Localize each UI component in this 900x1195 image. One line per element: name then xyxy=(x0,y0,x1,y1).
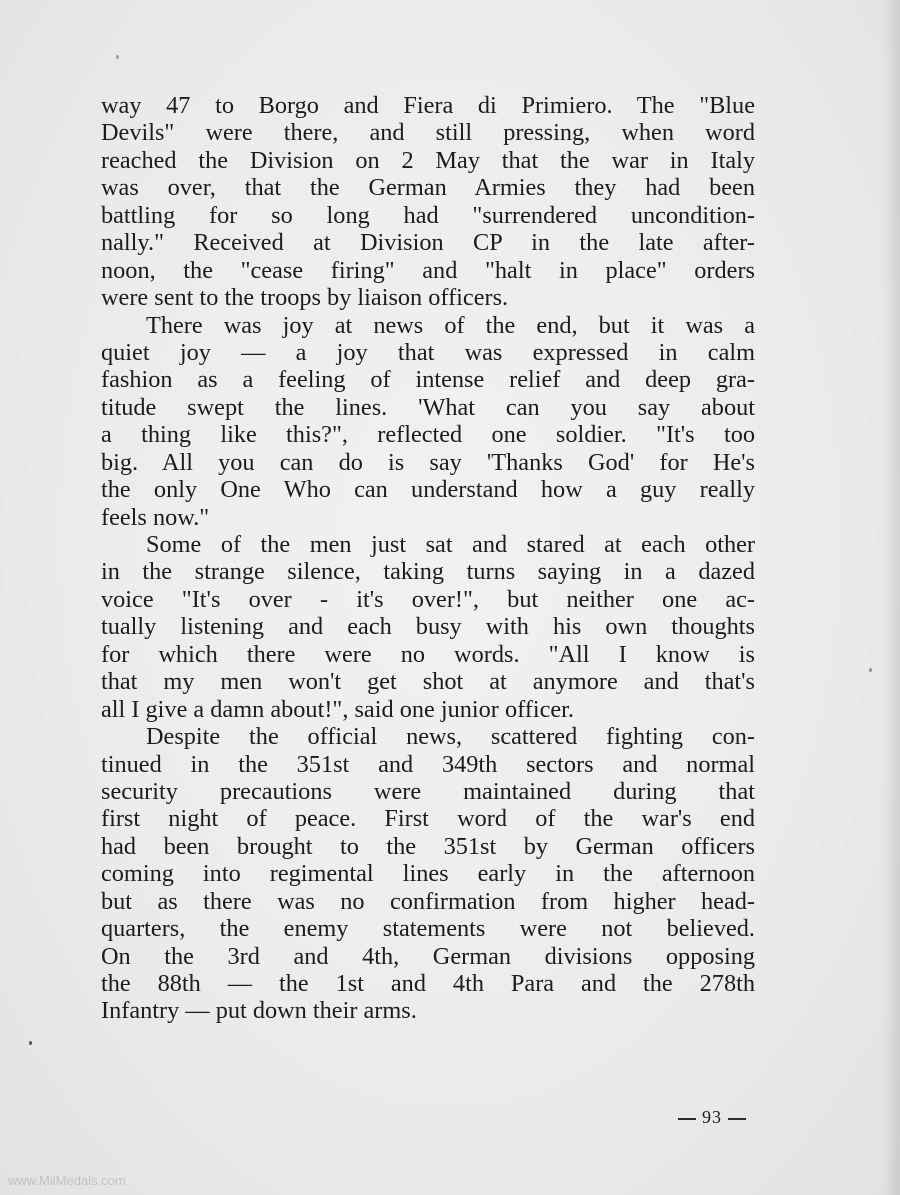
paragraph: way 47 to Borgo and Fiera di Primiero. T… xyxy=(101,92,755,312)
text-line: coming into regimental lines early in th… xyxy=(101,860,755,887)
text-line: tinued in the 351st and 349th sectors an… xyxy=(101,751,755,778)
text-line: noon, the "cease firing" and "halt in pl… xyxy=(101,257,755,284)
text-line: was over, that the German Armies they ha… xyxy=(101,174,755,201)
body-text: way 47 to Borgo and Fiera di Primiero. T… xyxy=(101,92,755,1025)
page-number-value: 93 xyxy=(702,1107,722,1127)
text-line: Despite the official news, scattered fig… xyxy=(101,723,755,750)
text-line: nally." Received at Division CP in the l… xyxy=(101,229,755,256)
paragraph: There was joy at news of the end, but it… xyxy=(101,312,755,532)
text-line: feels now." xyxy=(101,504,755,531)
text-line: a thing like this?", reflected one soldi… xyxy=(101,421,755,448)
dust-speck xyxy=(29,1041,32,1045)
text-line: way 47 to Borgo and Fiera di Primiero. T… xyxy=(101,92,755,119)
text-line: quarters, the enemy statements were not … xyxy=(101,915,755,942)
text-line: had been brought to the 351st by German … xyxy=(101,833,755,860)
text-line: There was joy at news of the end, but it… xyxy=(101,312,755,339)
text-line: Some of the men just sat and stared at e… xyxy=(101,531,755,558)
page-number: 93 xyxy=(672,1107,752,1128)
text-line: Infantry — put down their arms. xyxy=(101,997,755,1024)
paragraph: Despite the official news, scattered fig… xyxy=(101,723,755,1025)
text-line: were sent to the troops by liaison offic… xyxy=(101,284,755,311)
text-line: voice "It's over - it's over!", but neit… xyxy=(101,586,755,613)
text-line: security precautions were maintained dur… xyxy=(101,778,755,805)
paragraph: Some of the men just sat and stared at e… xyxy=(101,531,755,723)
text-line: battling for so long had "surrendered un… xyxy=(101,202,755,229)
text-line: quiet joy — a joy that was expressed in … xyxy=(101,339,755,366)
text-line: first night of peace. First word of the … xyxy=(101,805,755,832)
scanned-page: way 47 to Borgo and Fiera di Primiero. T… xyxy=(0,0,900,1195)
text-line: big. All you can do is say 'Thanks God' … xyxy=(101,449,755,476)
text-line: reached the Division on 2 May that the w… xyxy=(101,147,755,174)
text-line: On the 3rd and 4th, German divisions opp… xyxy=(101,943,755,970)
text-line: tually listening and each busy with his … xyxy=(101,613,755,640)
text-line: all I give a damn about!", said one juni… xyxy=(101,696,755,723)
text-line: Devils" were there, and still pressing, … xyxy=(101,119,755,146)
text-line: fashion as a feeling of intense relief a… xyxy=(101,366,755,393)
text-line: in the strange silence, taking turns say… xyxy=(101,558,755,585)
dust-speck xyxy=(869,668,872,672)
page-number-right-dash xyxy=(728,1118,746,1120)
dust-speck xyxy=(116,55,119,59)
text-line: for which there were no words. "All I kn… xyxy=(101,641,755,668)
text-line: but as there was no confirmation from hi… xyxy=(101,888,755,915)
text-line: titude swept the lines. 'What can you sa… xyxy=(101,394,755,421)
watermark: www.MilMedals.com xyxy=(8,1173,126,1188)
page-number-left-dash xyxy=(678,1118,696,1120)
text-line: that my men won't get shot at anymore an… xyxy=(101,668,755,695)
text-line: the only One Who can understand how a gu… xyxy=(101,476,755,503)
text-line: the 88th — the 1st and 4th Para and the … xyxy=(101,970,755,997)
